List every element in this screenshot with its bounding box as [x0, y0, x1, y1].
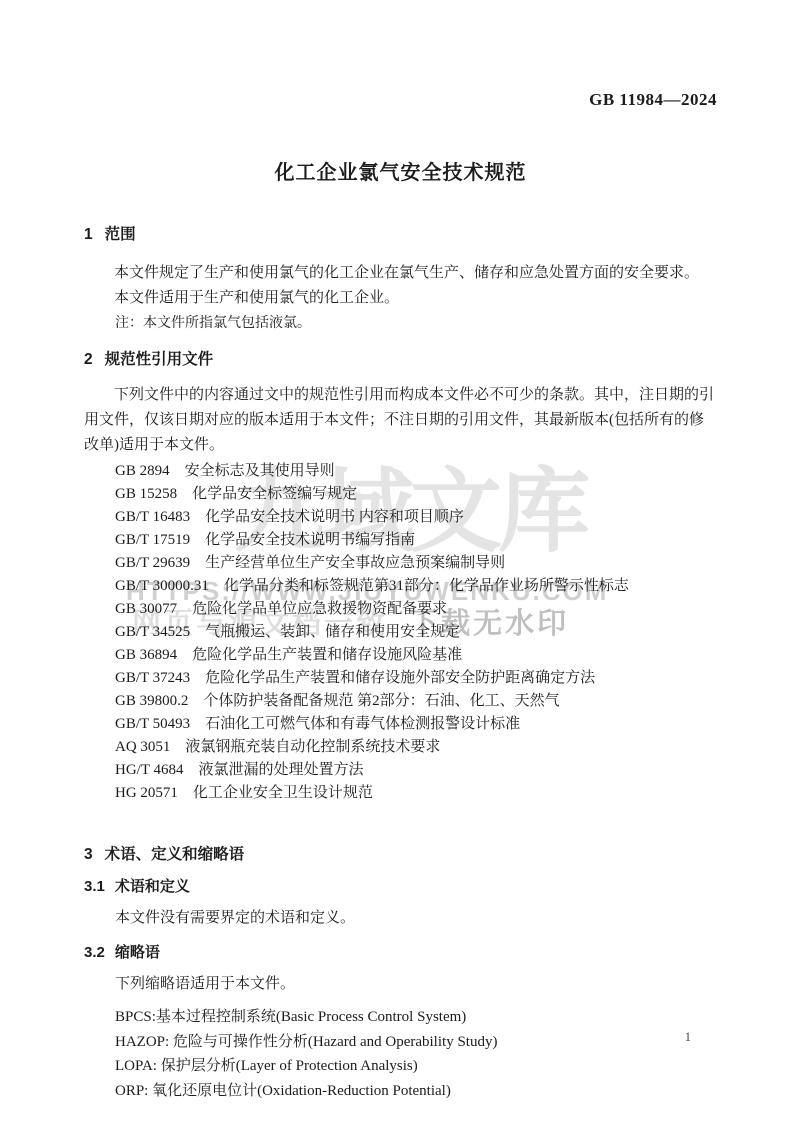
- reference-title: 化学品安全技术说明书 内容和项目顺序: [205, 509, 464, 525]
- reference-code: GB/T 30000.31: [115, 578, 209, 594]
- reference-code: GB 30077: [115, 601, 177, 617]
- reference-item: GB/T 16483化学品安全技术说明书 内容和项目顺序: [115, 506, 717, 529]
- reference-code: GB 15258: [115, 486, 177, 502]
- scope-note-text: 本文件所指氯气包括液氯。: [143, 316, 311, 331]
- reference-item: GB/T 29639生产经营单位生产安全事故应急预案编制导则: [115, 552, 717, 575]
- section-1-heading: 1范围: [84, 225, 717, 245]
- reference-code: AQ 3051: [115, 739, 170, 755]
- section-3-heading: 3术语、定义和缩略语: [84, 845, 717, 865]
- document-header: GB 11984—2024: [84, 0, 717, 110]
- reference-item: GB 36894危险化学品生产装置和储存设施风险基准: [115, 644, 717, 667]
- reference-item: AQ 3051液氯钢瓶充装自动化控制系统技术要求: [115, 736, 717, 759]
- section-3-1-number: 3.1: [84, 878, 105, 895]
- section-terms-abbreviations: 3术语、定义和缩略语 3.1术语和定义 本文件没有需要界定的术语和定义。 3.2…: [84, 845, 717, 1103]
- abbreviations-list: BPCS:基本过程控制系统(Basic Process Control Syst…: [84, 1005, 717, 1103]
- reference-item: GB/T 17519化学品安全技术说明书编写指南: [115, 529, 717, 552]
- abbreviations-intro: 下列缩略语适用于本文件。: [84, 972, 717, 997]
- terms-body: 本文件没有需要界定的术语和定义。: [84, 906, 717, 931]
- reference-item: GB 15258化学品安全标签编写规定: [115, 483, 717, 506]
- section-1-title: 范围: [105, 226, 136, 243]
- document-page: 九域文库 HTTPS://WWW.JIUYUWENKU.COM 网页与源文档一致…: [0, 0, 793, 1122]
- reference-title: 危险化学品生产装置和储存设施外部安全防护距离确定方法: [205, 670, 595, 686]
- reference-code: GB/T 34525: [115, 624, 190, 640]
- section-3-1-heading: 3.1术语和定义: [84, 877, 717, 896]
- page-number: 1: [685, 1030, 691, 1045]
- references-intro-paragraph: 下列文件中的内容通过文中的规范性引用而构成本文件必不可少的条款。其中，注日期的引…: [84, 383, 717, 458]
- scope-paragraph-2: 本文件适用于生产和使用氯气的化工企业。: [84, 286, 717, 311]
- reference-code: GB 36894: [115, 647, 177, 663]
- reference-title: 化学品安全标签编写规定: [192, 486, 357, 502]
- scope-note: 注：本文件所指氯气包括液氯。: [84, 311, 717, 336]
- abbreviation-item: ORP: 氧化还原电位计(Oxidation-Reduction Potenti…: [115, 1079, 717, 1104]
- reference-code: GB/T 17519: [115, 532, 190, 548]
- reference-item: GB/T 34525气瓶搬运、装卸、储存和使用安全规定: [115, 621, 717, 644]
- document-title: 化工企业氯气安全技术规范: [84, 156, 717, 185]
- reference-title: 生产经营单位生产安全事故应急预案编制导则: [205, 555, 505, 571]
- reference-item: HG 20571化工企业安全卫生设计规范: [115, 782, 717, 805]
- reference-title: 气瓶搬运、装卸、储存和使用安全规定: [205, 624, 460, 640]
- section-scope: 1范围 本文件规定了生产和使用氯气的化工企业在氯气生产、储存和应急处置方面的安全…: [84, 225, 717, 336]
- reference-item: GB/T 30000.31化学品分类和标签规范第31部分：化学品作业场所警示性标…: [115, 575, 717, 598]
- reference-title: 液氯泄漏的处理处置方法: [198, 762, 363, 778]
- reference-title: 化学品安全技术说明书编写指南: [205, 532, 415, 548]
- section-3-2-title: 缩略语: [115, 944, 160, 961]
- standard-code: GB 11984—2024: [589, 90, 717, 109]
- section-2-number: 2: [84, 351, 93, 368]
- reference-title: 安全标志及其使用导则: [185, 463, 335, 479]
- reference-item: GB 39800.2个体防护装备配备规范 第2部分：石油、化工、天然气: [115, 690, 717, 713]
- section-3-2-heading: 3.2缩略语: [84, 943, 717, 962]
- reference-code: GB 2894: [115, 463, 170, 479]
- references-list: GB 2894安全标志及其使用导则 GB 15258化学品安全标签编写规定 GB…: [84, 460, 717, 805]
- reference-code: GB/T 37243: [115, 670, 190, 686]
- reference-title: 危险化学品生产装置和储存设施风险基准: [192, 647, 462, 663]
- abbreviation-item: HAZOP: 危险与可操作性分析(Hazard and Operability …: [115, 1030, 717, 1055]
- reference-code: GB 39800.2: [115, 693, 188, 709]
- section-2-heading: 2规范性引用文件: [84, 350, 717, 370]
- reference-code: GB/T 16483: [115, 509, 190, 525]
- reference-code: HG/T 4684: [115, 762, 183, 778]
- reference-item: GB/T 37243危险化学品生产装置和储存设施外部安全防护距离确定方法: [115, 667, 717, 690]
- reference-item: GB 30077危险化学品单位应急救援物资配备要求: [115, 598, 717, 621]
- section-3-1-title: 术语和定义: [115, 878, 190, 895]
- section-3-2-number: 3.2: [84, 944, 105, 961]
- reference-title: 个体防护装备配备规范 第2部分：石油、化工、天然气: [203, 693, 559, 709]
- reference-item: HG/T 4684液氯泄漏的处理处置方法: [115, 759, 717, 782]
- reference-title: 液氯钢瓶充装自动化控制系统技术要求: [185, 739, 440, 755]
- reference-title: 石油化工可燃气体和有毒气体检测报警设计标准: [205, 716, 520, 732]
- reference-code: GB/T 29639: [115, 555, 190, 571]
- section-2-title: 规范性引用文件: [105, 351, 214, 368]
- scope-note-label: 注：: [115, 316, 143, 331]
- section-3-number: 3: [84, 846, 93, 863]
- reference-item: GB 2894安全标志及其使用导则: [115, 460, 717, 483]
- scope-paragraph-1: 本文件规定了生产和使用氯气的化工企业在氯气生产、储存和应急处置方面的安全要求。: [84, 261, 717, 286]
- reference-title: 危险化学品单位应急救援物资配备要求: [192, 601, 447, 617]
- reference-code: HG 20571: [115, 785, 178, 801]
- abbreviation-item: LOPA: 保护层分析(Layer of Protection Analysis…: [115, 1054, 717, 1079]
- section-3-title: 术语、定义和缩略语: [105, 846, 245, 863]
- document-content: GB 11984—2024 化工企业氯气安全技术规范 1范围 本文件规定了生产和…: [0, 0, 793, 1103]
- reference-title: 化学品分类和标签规范第31部分：化学品作业场所警示性标志: [224, 578, 629, 594]
- abbreviation-item: BPCS:基本过程控制系统(Basic Process Control Syst…: [115, 1005, 717, 1030]
- section-1-number: 1: [84, 226, 93, 243]
- reference-title: 化工企业安全卫生设计规范: [193, 785, 373, 801]
- section-normative-references: 2规范性引用文件 下列文件中的内容通过文中的规范性引用而构成本文件必不可少的条款…: [84, 350, 717, 805]
- reference-item: GB/T 50493石油化工可燃气体和有毒气体检测报警设计标准: [115, 713, 717, 736]
- reference-code: GB/T 50493: [115, 716, 190, 732]
